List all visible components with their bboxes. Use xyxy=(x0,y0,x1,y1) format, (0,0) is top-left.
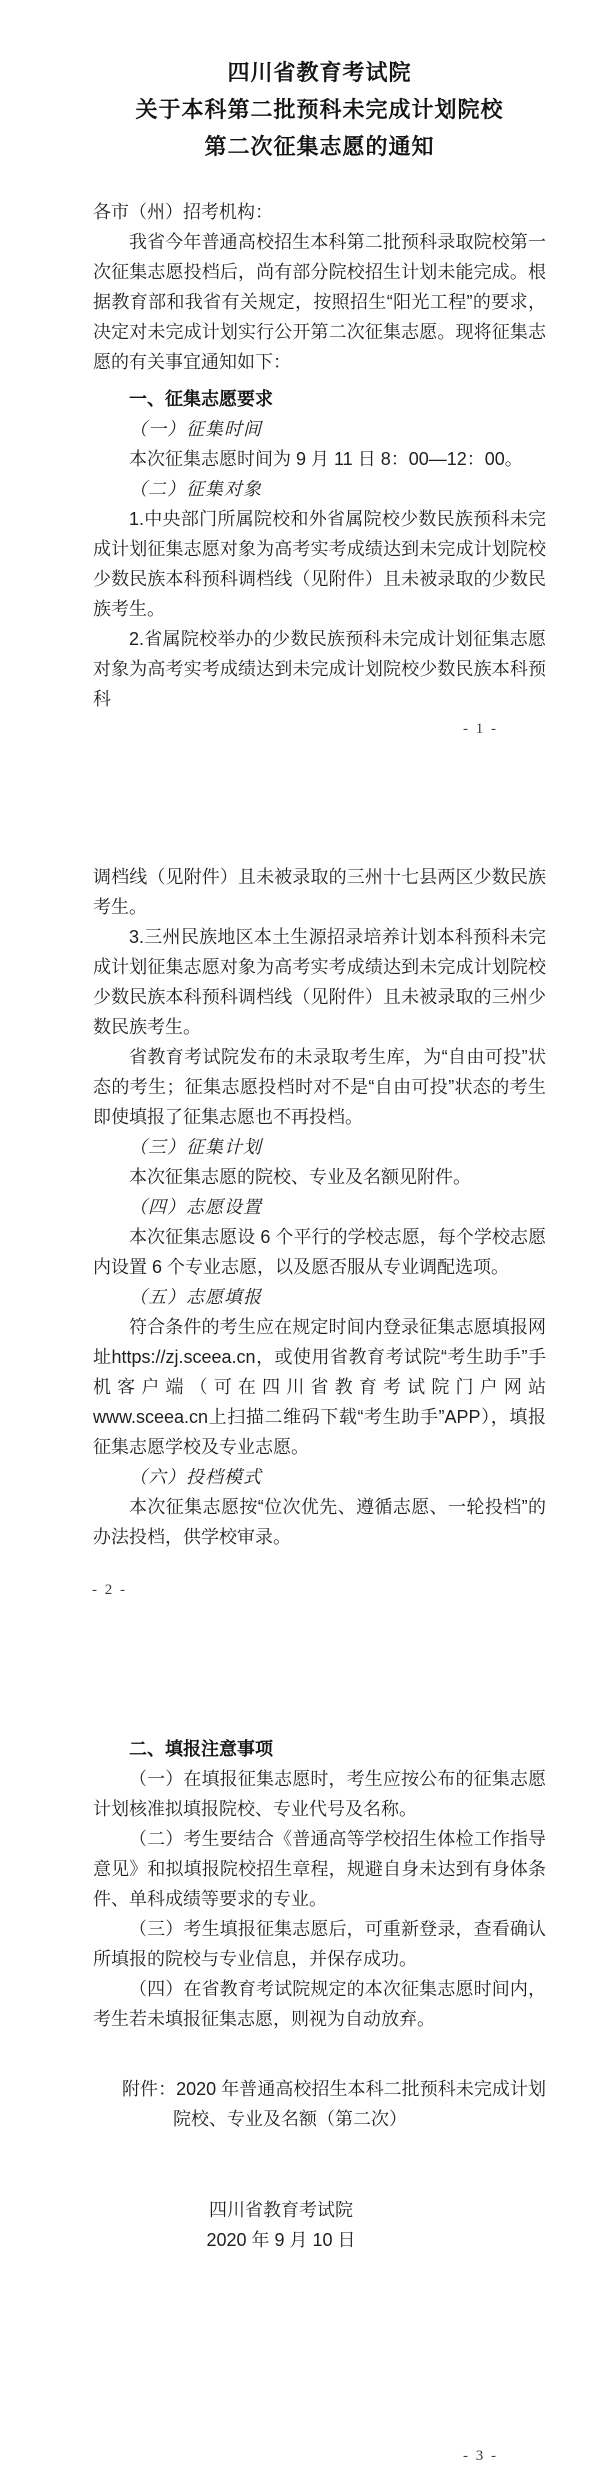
title-line-2: 关于本科第二批预科未完成计划院校 xyxy=(93,91,546,128)
notice-document: 四川省教育考试院 关于本科第二批预科未完成计划院校 第二次征集志愿的通知 各市（… xyxy=(0,0,610,2467)
attachment-note: 附件：2020 年普通高校招生本科二批预科未完成计划院校、专业及名额（第二次） xyxy=(93,2074,546,2134)
attachment-text: 2020 年普通高校招生本科二批预科未完成计划院校、专业及名额（第二次） xyxy=(173,2079,546,2129)
collection-time-paragraph: 本次征集志愿时间为 9 月 11 日 8：00—12：00。 xyxy=(93,444,546,474)
title-line-3: 第二次征集志愿的通知 xyxy=(93,128,546,165)
page-number-1: - 1 - xyxy=(463,721,498,738)
filing-mode-paragraph: 本次征集志愿按“位次优先、遵循志愿、一轮投档”的办法投档，供学校审录。 xyxy=(93,1492,546,1552)
document-title: 四川省教育考试院 关于本科第二批预科未完成计划院校 第二次征集志愿的通知 xyxy=(93,0,546,165)
target-item-1: 1.中央部门所属院校和外省属院校少数民族预科未完成计划征集志愿对象为高考实考成绩… xyxy=(93,504,546,624)
title-line-1: 四川省教育考试院 xyxy=(93,54,546,91)
subsection-3-heading: （三）征集计划 xyxy=(93,1132,546,1162)
subsection-1-heading: （一）征集时间 xyxy=(93,414,546,444)
page-1: 四川省教育考试院 关于本科第二批预科未完成计划院校 第二次征集志愿的通知 各市（… xyxy=(0,0,610,800)
target-item-2-part-1: 2.省属院校举办的少数民族预科未完成计划征集志愿对象为高考实考成绩达到未完成计划… xyxy=(93,624,546,714)
signer-name: 四川省教育考试院 xyxy=(161,2195,401,2225)
subsection-6-heading: （六）投档模式 xyxy=(93,1462,546,1492)
note-2: （二）考生要结合《普通高等学校招生体检工作指导意见》和拟填报院校招生章程，规避自… xyxy=(93,1824,546,1914)
page-number-3: - 3 - xyxy=(463,2448,498,2465)
note-4: （四）在省教育考试院规定的本次征集志愿时间内，考生若未填报征集志愿，则视为自动放… xyxy=(93,1974,546,2034)
section-2-heading: 二、填报注意事项 xyxy=(93,1734,546,1764)
document-viewport: { "colors": { "text": "#1f1f1f", "page_b… xyxy=(0,0,610,2467)
intro-paragraph: 我省今年普通高校招生本科第二批预科录取院校第一次征集志愿投档后，尚有部分院校招生… xyxy=(93,227,546,377)
note-3: （三）考生填报征集志愿后，可重新登录，查看确认所填报的院校与专业信息，并保存成功… xyxy=(93,1914,546,1974)
plan-paragraph: 本次征集志愿的院校、专业及名额见附件。 xyxy=(93,1162,546,1192)
subsection-5-heading: （五）志愿填报 xyxy=(93,1282,546,1312)
note-1: （一）在填报征集志愿时，考生应按公布的征集志愿计划核准拟填报院校、专业代号及名称… xyxy=(93,1764,546,1824)
signature-date: 2020 年 9 月 10 日 xyxy=(161,2225,401,2255)
signature-block: 四川省教育考试院 2020 年 9 月 10 日 xyxy=(161,2195,401,2255)
page-number-2: - 2 - xyxy=(92,1582,127,1599)
subsection-2-heading: （二）征集对象 xyxy=(93,474,546,504)
page-3: 二、填报注意事项 （一）在填报征集志愿时，考生应按公布的征集志愿计划核准拟填报院… xyxy=(0,1650,610,2467)
subsection-4-heading: （四）志愿设置 xyxy=(93,1192,546,1222)
target-item-2-part-2: 调档线（见附件）且未被录取的三州十七县两区少数民族考生。 xyxy=(93,862,546,922)
page-2: 调档线（见附件）且未被录取的三州十七县两区少数民族考生。 3.三州民族地区本土生… xyxy=(0,800,610,1650)
salutation: 各市（州）招考机构： xyxy=(93,197,546,227)
volunteer-filling-paragraph: 符合条件的考生应在规定时间内登录征集志愿填报网址https://zj.sceea… xyxy=(93,1312,546,1462)
free-status-paragraph: 省教育考试院发布的未录取考生库，为“自由可投”状态的考生；征集志愿投档时对不是“… xyxy=(93,1042,546,1132)
target-item-3: 3.三州民族地区本土生源招录培养计划本科预科未完成计划征集志愿对象为高考实考成绩… xyxy=(93,922,546,1042)
attachment-label: 附件： xyxy=(122,2079,176,2099)
section-1-heading: 一、征集志愿要求 xyxy=(93,384,546,414)
volunteer-setting-paragraph: 本次征集志愿设 6 个平行的学校志愿，每个学校志愿内设置 6 个专业志愿，以及愿… xyxy=(93,1222,546,1282)
